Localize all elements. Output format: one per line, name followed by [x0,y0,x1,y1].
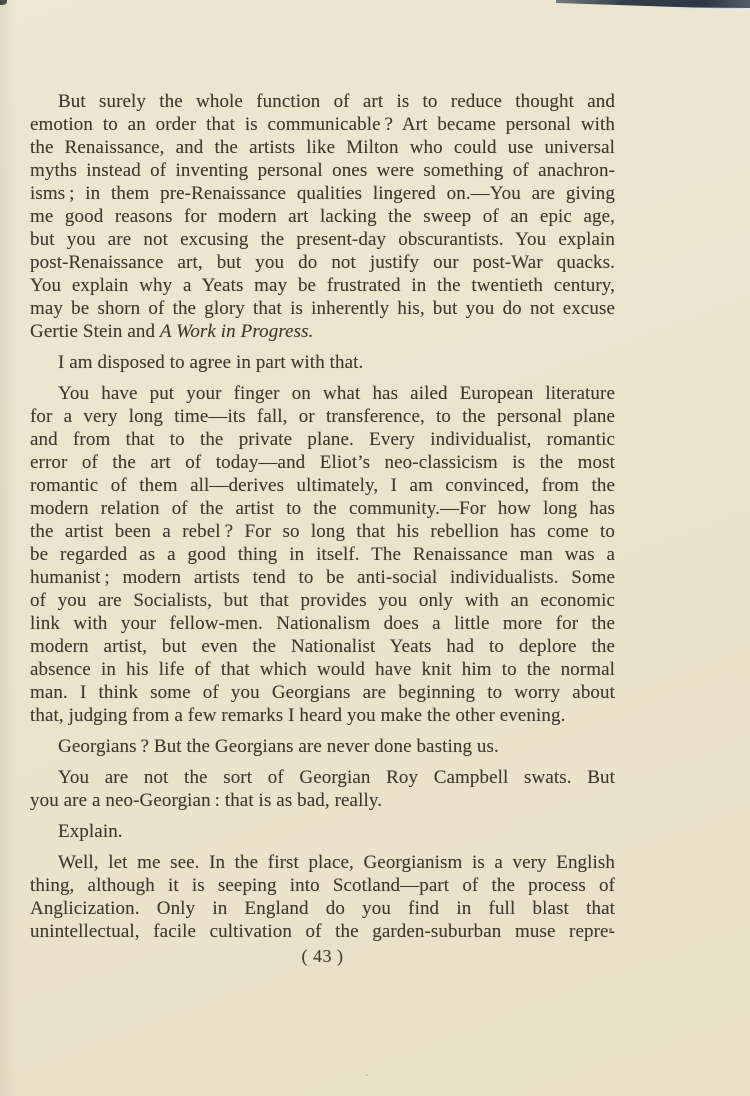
text-line: isms ; in them pre-Renaissance qualities… [30,182,615,205]
text-line: link with your fellow-men. Nationalism d… [30,612,615,635]
text-segment: Gertie Stein and [30,321,160,342]
italic-book-title: A Work in Progress. [160,321,314,342]
paragraph: I am disposed to agree in part with that… [30,351,615,374]
text-line: the Renaissance, and the artists like Mi… [30,136,615,159]
text-line: Explain. [30,820,615,843]
text-line: I am disposed to agree in part with that… [30,351,615,374]
text-line: me good reasons for modern art lacking t… [30,205,615,228]
paper-speck [365,1074,368,1076]
paragraph: You have put your finger on what has ail… [30,382,615,727]
text-line: Well, let me see. In the first place, Ge… [30,851,615,874]
text-line: that, judging from a few remarks I heard… [30,704,615,727]
book-page-scan: But surely the whole function of art is … [0,0,750,1096]
text-line: unintellectual, facile cultivation of th… [30,920,615,943]
text-line: for a very long time—its fall, or transf… [30,405,615,428]
paragraph: But surely the whole function of art is … [30,90,615,343]
paragraph: Well, let me see. In the first place, Ge… [30,851,615,943]
page-left-shadow [0,0,16,1096]
text-line: be regarded as a good thing in itself. T… [30,543,615,566]
text-line: Georgians ? But the Georgians are never … [30,735,615,758]
text-line: post-Renaissance art, but you do not jus… [30,251,615,274]
text-line: emotion to an order that is communicable… [30,113,615,136]
text-line: romantic of them all—derives ultimately,… [30,474,615,497]
text-line: myths instead of inventing personal ones… [30,159,615,182]
text-line: You explain why a Yeats may be frustrate… [30,274,615,297]
text-line: absence in his life of that which would … [30,658,615,681]
text-line: thing, although it is seeping into Scotl… [30,874,615,897]
text-line: But surely the whole function of art is … [30,90,615,113]
text-line: You are not the sort of Georgian Roy Cam… [30,766,615,789]
text-line: Gertie Stein and A Work in Progress. [30,320,615,343]
text-block: But surely the whole function of art is … [30,90,615,967]
page-number: ( 43 ) [30,946,615,967]
text-line: Anglicization. Only in England do you fi… [30,897,615,920]
text-line: You have put your finger on what has ail… [30,382,615,405]
text-line: modern relation of the artist to the com… [30,497,615,520]
text-line: man. I think some of you Georgians are b… [30,681,615,704]
text-line: humanist ; modern artists tend to be ant… [30,566,615,589]
paragraph: Explain. [30,820,615,843]
text-line: may be shorn of the glory that is inhere… [30,297,615,320]
text-line: and from that to the private plane. Ever… [30,428,615,451]
text-line: you are a neo-Georgian : that is as bad,… [30,789,615,812]
text-line: error of the art of today—and Eliot’s ne… [30,451,615,474]
paragraph: Georgians ? But the Georgians are never … [30,735,615,758]
text-line: of you are Socialists, but that provides… [30,589,615,612]
text-line: but you are not excusing the present-day… [30,228,615,251]
text-line: the artist been a rebel ? For so long th… [30,520,615,543]
paragraph: You are not the sort of Georgian Roy Cam… [30,766,615,812]
text-line: modern artist, but even the Nationalist … [30,635,615,658]
